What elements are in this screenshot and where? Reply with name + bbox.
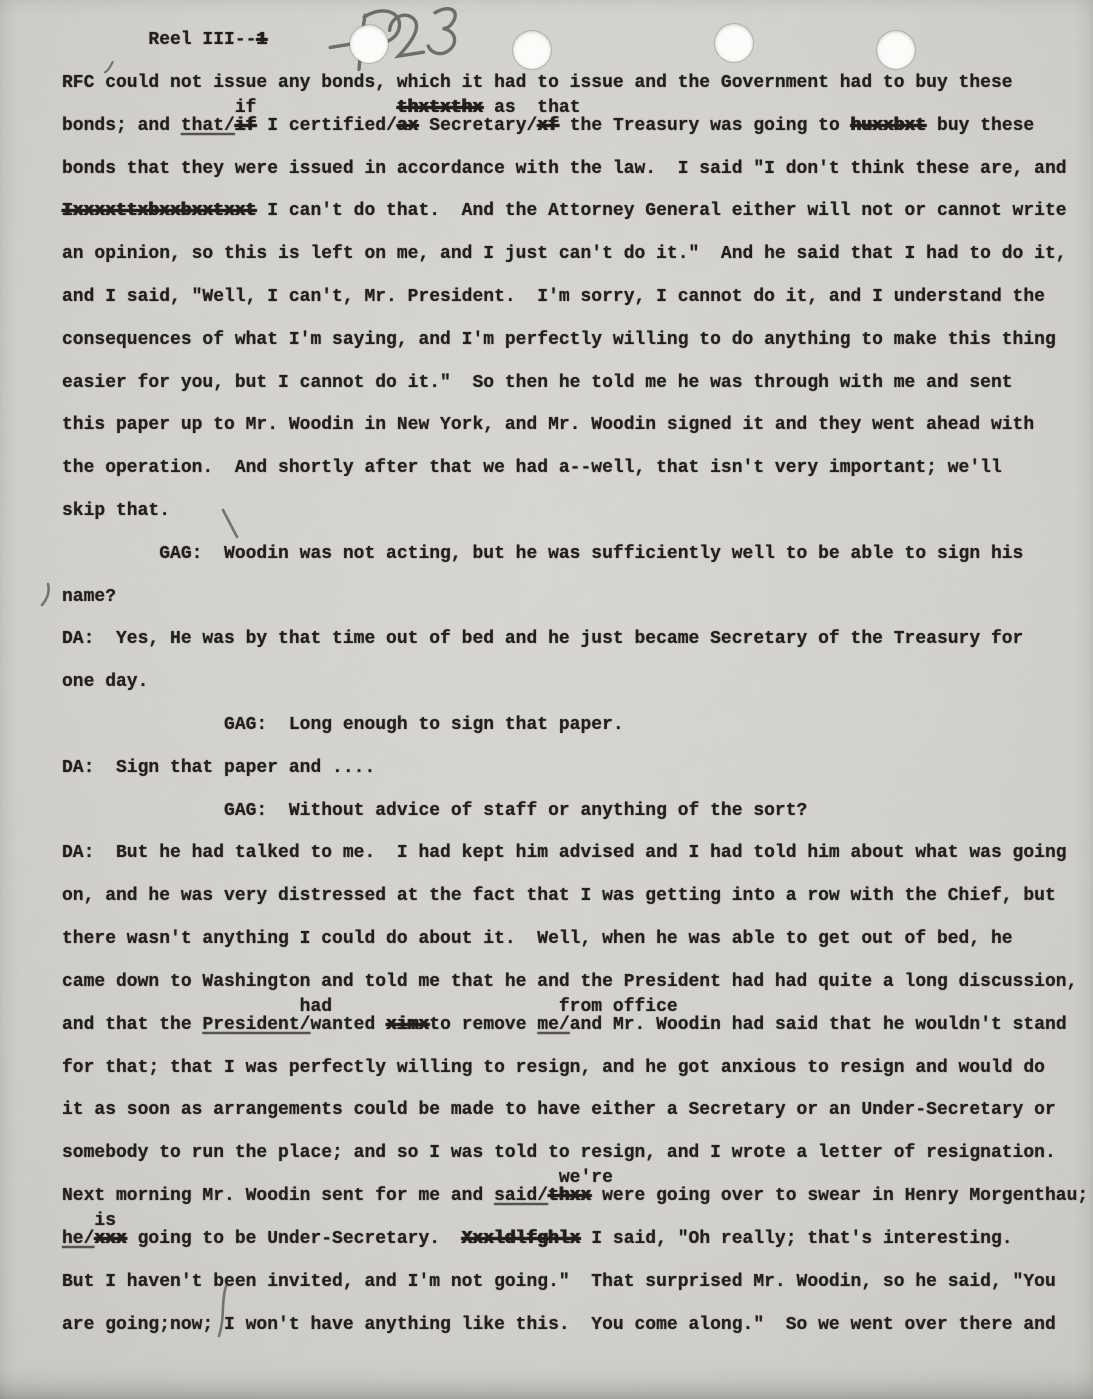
typescript-line: came down to Washington and told me that… bbox=[62, 972, 1088, 997]
struck-text: huxxbxt bbox=[851, 116, 927, 136]
struck-text: ax bbox=[397, 116, 419, 136]
typescript-line: it as soon as arrangements could be made… bbox=[62, 1100, 1088, 1143]
text-segment: But I haven't been invited, and I'm not … bbox=[62, 1272, 1056, 1292]
underlined-text: me/ bbox=[537, 1015, 569, 1035]
typescript-line: GAG: Without advice of staff or anything… bbox=[62, 801, 1088, 844]
typescript-line: one day. bbox=[62, 672, 1088, 715]
typescript-line: on, and he was very distressed at the fa… bbox=[62, 886, 1088, 929]
punch-hole bbox=[350, 25, 388, 63]
text-segment: buy these bbox=[926, 116, 1034, 136]
typescript-line: DA: Yes, He was by that time out of bed … bbox=[62, 629, 1088, 672]
text-segment: had from office bbox=[62, 997, 678, 1017]
typescript-line: bonds; and that/if I certified/ax Secret… bbox=[62, 116, 1088, 159]
text-segment: if bbox=[62, 98, 397, 118]
typescript-line: the operation. And shortly after that we… bbox=[62, 458, 1088, 501]
underlined-text: said/ bbox=[494, 1186, 548, 1206]
typescript-text: Reel III--1RFC could not issue any bonds… bbox=[62, 30, 1088, 1358]
struck-text: 1 bbox=[256, 30, 267, 50]
text-segment: as that bbox=[483, 98, 580, 118]
text-segment: on, and he was very distressed at the fa… bbox=[62, 886, 1056, 906]
punch-hole bbox=[877, 31, 915, 69]
typescript-line: name? bbox=[62, 587, 1088, 630]
text-segment: Reel III-- bbox=[62, 30, 256, 50]
underlined-text: President/ bbox=[202, 1015, 310, 1035]
struck-text: thxtxthx bbox=[397, 98, 483, 118]
text-segment: name? bbox=[62, 587, 116, 607]
typescript-line: But I haven't been invited, and I'm not … bbox=[62, 1272, 1088, 1315]
typescript-line: bonds that they were issued in accordanc… bbox=[62, 159, 1088, 202]
text-segment: DA: Yes, He was by that time out of bed … bbox=[62, 629, 1023, 649]
text-segment: and Mr. Woodin had said that he wouldn't… bbox=[570, 1015, 1067, 1035]
typescript-line: GAG: Woodin was not acting, but he was s… bbox=[62, 544, 1088, 587]
struck-text: Xxxldlfghlx bbox=[462, 1229, 581, 1249]
text-segment: one day. bbox=[62, 672, 148, 692]
text-segment: I certified/ bbox=[256, 116, 396, 136]
text-segment: the operation. And shortly after that we… bbox=[62, 458, 1002, 478]
typescript-line: he/xxx going to be Under-Secretary. Xxxl… bbox=[62, 1229, 1088, 1272]
text-segment: and that the bbox=[62, 1015, 202, 1035]
text-segment: bonds that they were issued in accordanc… bbox=[62, 159, 1067, 179]
typescript-line: GAG: Long enough to sign that paper. bbox=[62, 715, 1088, 758]
typescript-line: and that the President/wanted ximxto rem… bbox=[62, 1015, 1088, 1058]
text-segment: somebody to run the place; and so I was … bbox=[62, 1143, 1056, 1163]
text-segment: it as soon as arrangements could be made… bbox=[62, 1100, 1056, 1120]
interline-insertion: is bbox=[62, 1211, 1088, 1229]
typescript-line: for that; that I was perfectly willing t… bbox=[62, 1058, 1088, 1101]
text-segment: wanted bbox=[310, 1015, 386, 1035]
text-segment: Next morning Mr. Woodin sent for me and bbox=[62, 1186, 494, 1206]
typescript-line: and I said, "Well, I can't, Mr. Presiden… bbox=[62, 287, 1088, 330]
text-segment: DA: Sign that paper and .... bbox=[62, 758, 375, 778]
text-segment: skip that. bbox=[62, 501, 170, 521]
struck-text: if bbox=[235, 116, 257, 136]
text-segment: GAG: Woodin was not acting, but he was s… bbox=[62, 544, 1023, 564]
text-segment: and I said, "Well, I can't, Mr. Presiden… bbox=[62, 287, 1045, 307]
punch-hole bbox=[715, 24, 753, 62]
typescript-line: Next morning Mr. Woodin sent for me and … bbox=[62, 1186, 1088, 1211]
text-segment: easier for you, but I cannot do it." So … bbox=[62, 373, 1013, 393]
typescript-line: this paper up to Mr. Woodin in New York,… bbox=[62, 415, 1088, 458]
text-segment: there wasn't anything I could do about i… bbox=[62, 929, 1013, 949]
text-segment: consequences of what I'm saying, and I'm… bbox=[62, 330, 1056, 350]
typescript-line: an opinion, so this is left on me, and I… bbox=[62, 244, 1088, 287]
typescript-line: RFC could not issue any bonds, which it … bbox=[62, 73, 1088, 98]
text-segment: were going over to swear in Henry Morgen… bbox=[591, 1186, 1088, 1206]
text-segment: I said, "Oh really; that's interesting. bbox=[581, 1229, 1013, 1249]
text-segment: GAG: Without advice of staff or anything… bbox=[62, 801, 807, 821]
typescript-line: Ixxxxttxbxxbxxtxxt I can't do that. And … bbox=[62, 201, 1088, 244]
text-segment: are going;now; I won't have anything lik… bbox=[62, 1315, 1056, 1335]
typescript-line: DA: But he had talked to me. I had kept … bbox=[62, 843, 1088, 886]
interline-insertion: we're bbox=[62, 1168, 1088, 1186]
text-segment: DA: But he had talked to me. I had kept … bbox=[62, 843, 1067, 863]
typescript-line: DA: Sign that paper and .... bbox=[62, 758, 1088, 801]
struck-text: thxx bbox=[548, 1186, 591, 1206]
underlined-text: that/ bbox=[181, 116, 235, 136]
typescript-line: Reel III--1 bbox=[62, 30, 1088, 73]
text-segment: GAG: Long enough to sign that paper. bbox=[62, 715, 624, 735]
text-segment: to remove bbox=[429, 1015, 537, 1035]
underlined-text: he/ bbox=[62, 1229, 94, 1249]
text-segment: the Treasury was going to bbox=[559, 116, 851, 136]
interline-insertion: if thxtxthx as that bbox=[62, 98, 1088, 116]
struck-text: ximx bbox=[386, 1015, 429, 1035]
typescript-line: easier for you, but I cannot do it." So … bbox=[62, 373, 1088, 416]
document-page: Reel III--1RFC could not issue any bonds… bbox=[0, 0, 1093, 1399]
struck-text: xf bbox=[537, 116, 559, 136]
text-segment: this paper up to Mr. Woodin in New York,… bbox=[62, 415, 1034, 435]
typescript-line: somebody to run the place; and so I was … bbox=[62, 1143, 1088, 1168]
text-segment: for that; that I was perfectly willing t… bbox=[62, 1058, 1045, 1078]
text-segment: an opinion, so this is left on me, and I… bbox=[62, 244, 1067, 264]
typescript-line: there wasn't anything I could do about i… bbox=[62, 929, 1088, 972]
typescript-line: consequences of what I'm saying, and I'm… bbox=[62, 330, 1088, 373]
struck-text: xxx bbox=[94, 1229, 126, 1249]
text-segment: going to be Under-Secretary. bbox=[127, 1229, 462, 1249]
text-segment: I can't do that. And the Attorney Genera… bbox=[256, 201, 1066, 221]
typescript-line: are going;now; I won't have anything lik… bbox=[62, 1315, 1088, 1358]
text-segment: Secretary/ bbox=[419, 116, 538, 136]
typescript-line: skip that. bbox=[62, 501, 1088, 544]
text-segment: RFC could not issue any bonds, which it … bbox=[62, 73, 1013, 93]
text-segment: bonds; and bbox=[62, 116, 181, 136]
interline-insertion: had from office bbox=[62, 997, 1088, 1015]
struck-text: Ixxxxttxbxxbxxtxxt bbox=[62, 201, 256, 221]
text-segment: came down to Washington and told me that… bbox=[62, 972, 1077, 992]
punch-hole bbox=[513, 31, 551, 69]
